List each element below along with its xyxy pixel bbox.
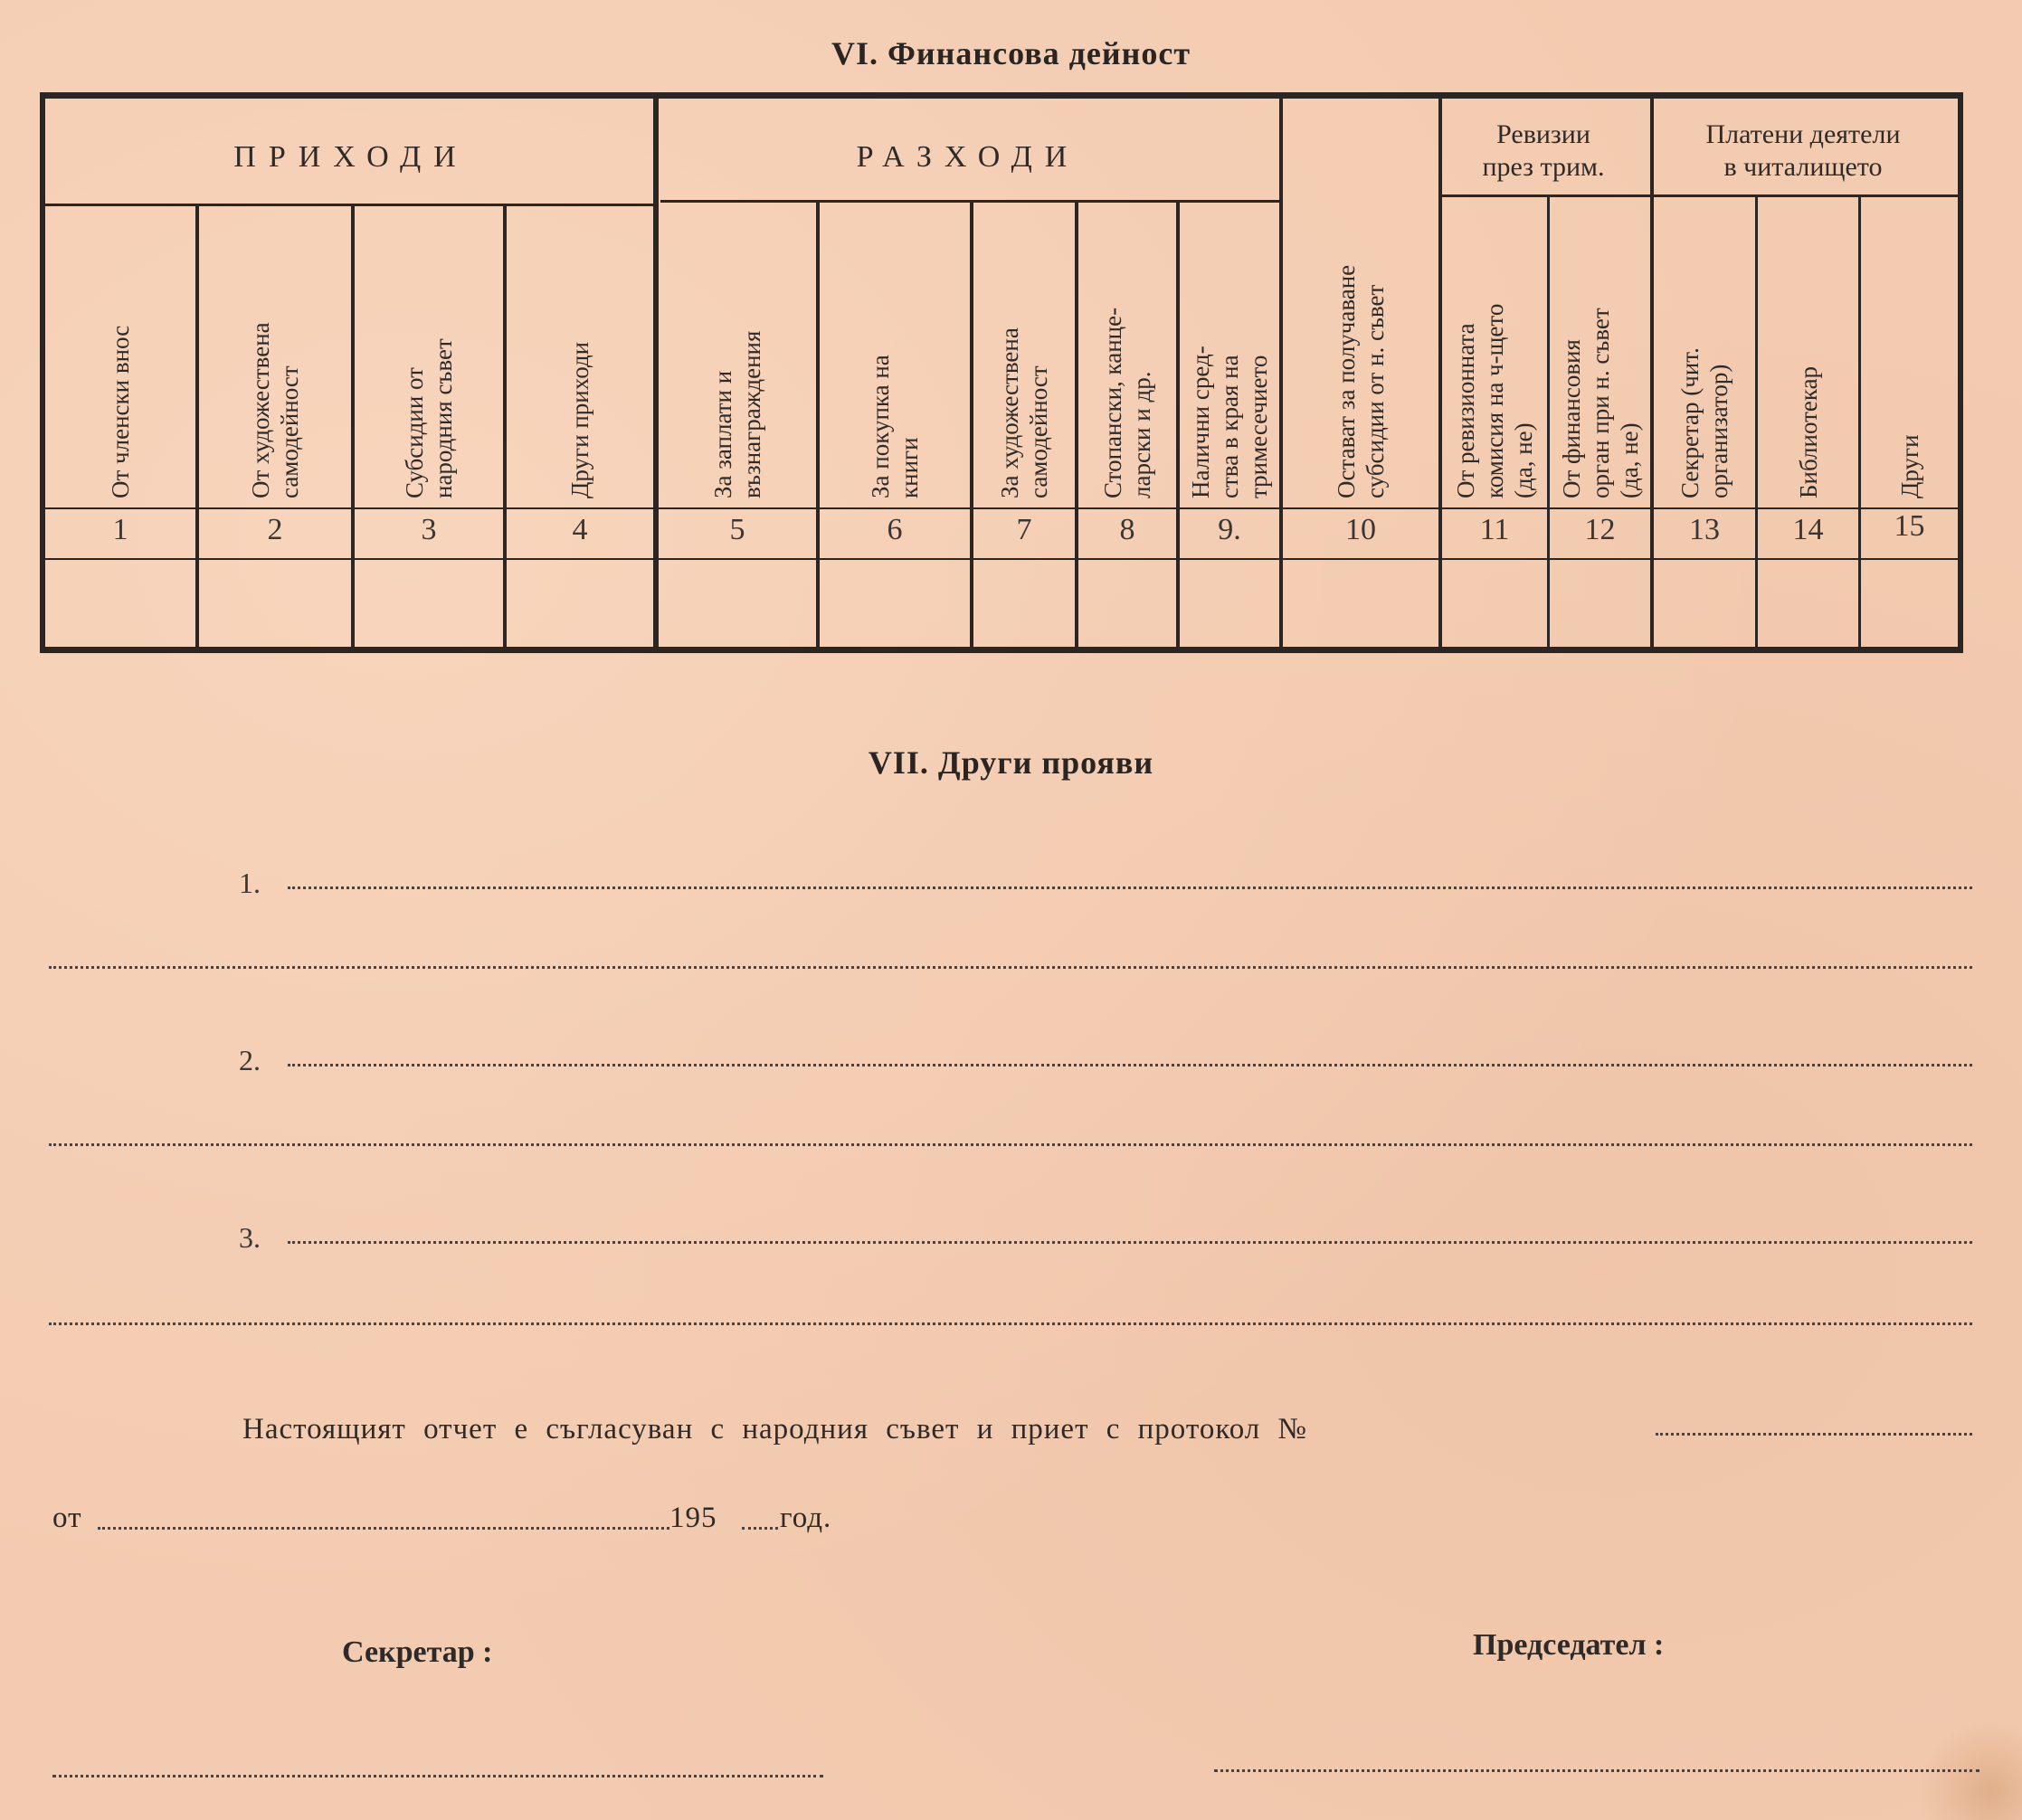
secretary-label: Секретар : — [342, 1635, 493, 1670]
paid-staff-header-line1: Платени деятели — [1648, 118, 1958, 151]
item-2-input-line[interactable] — [288, 1064, 1972, 1066]
col-4-label: Други приходи — [565, 342, 594, 498]
col-13-label: Секретар (чит.организатор) — [1676, 347, 1733, 498]
col-3-council-subsidies: Субсидии отнародния съвет — [355, 207, 503, 506]
col-num-15: 15 — [1861, 509, 1958, 544]
item-1-label: 1. — [239, 867, 261, 900]
date-prefix: от — [52, 1502, 82, 1535]
col-num-2: 2 — [199, 513, 351, 547]
col-5-label: За заплати ивъзнаграждения — [708, 331, 766, 498]
date-field[interactable] — [98, 1527, 669, 1530]
item-1-input-line[interactable] — [288, 886, 1972, 889]
item-3-continuation-line[interactable] — [49, 1322, 1972, 1325]
col-num-9: 9. — [1180, 513, 1279, 547]
col-15-other-staff: Други — [1861, 198, 1958, 506]
col-13-secretary: Секретар (чит.организатор) — [1654, 198, 1755, 506]
paid-staff-header-line2: в читалището — [1648, 151, 1958, 184]
col-8-household-office: Стопански, канце-ларски и др. — [1078, 204, 1176, 506]
col-num-14: 14 — [1758, 513, 1858, 547]
col-10-label: Остават за получаванесубсидии от н. съве… — [1332, 265, 1390, 498]
approval-statement: Настоящият отчет е съгласуван с народния… — [242, 1413, 1307, 1446]
col-10-remaining-subsidies: Остават за получаванесубсидии от н. съве… — [1283, 117, 1438, 506]
col-8-label: Стопански, канце-ларски и др. — [1098, 308, 1156, 498]
revisions-header-line1: Ревизии — [1440, 118, 1647, 151]
income-group-header: ПРИХОДИ — [45, 140, 657, 175]
chairman-signature-line[interactable] — [1214, 1769, 1979, 1772]
col-9-label: Налични сред-ства в края натримесечието — [1186, 346, 1273, 498]
protocol-number-field[interactable] — [1656, 1433, 1972, 1436]
col-5-salaries: За заплати ивъзнаграждения — [659, 204, 816, 506]
secretary-signature-line[interactable] — [52, 1775, 823, 1777]
revisions-header-line2: през трим. — [1440, 151, 1647, 184]
paid-staff-group-header: Платени деятели в читалището — [1648, 118, 1958, 184]
col-11-label: От ревизионнатакомисия на ч-щето(да, не) — [1451, 304, 1538, 498]
col-14-librarian: Библиотекар — [1758, 198, 1858, 506]
col-11-revision-commission: От ревизионнатакомисия на ч-щето(да, не) — [1442, 198, 1547, 506]
item-1-continuation-line[interactable] — [49, 966, 1972, 969]
year-field[interactable] — [742, 1527, 778, 1530]
year-suffix: год. — [780, 1502, 831, 1535]
col-4-other-income: Други приходи — [507, 207, 653, 506]
col-7-label: За художественасамодейност — [995, 327, 1053, 498]
col-1-label: От членски внос — [106, 326, 135, 498]
expenses-group-header: РАЗХОДИ — [660, 140, 1276, 175]
col-14-label: Библиотекар — [1794, 366, 1823, 498]
col-num-13: 13 — [1654, 513, 1755, 547]
col-9-cash-end-quarter: Налични сред-ства в края натримесечието — [1180, 204, 1279, 506]
item-2-label: 2. — [239, 1044, 261, 1077]
financial-activity-table: ПРИХОДИ РАЗХОДИ Ревизии през трим. Плате… — [40, 92, 1963, 653]
col-7-art-activity-expense: За художественасамодейност — [973, 204, 1075, 506]
col-num-7: 7 — [973, 513, 1075, 547]
col-6-label: За покупка накниги — [866, 355, 924, 498]
col-15-label: Други — [1895, 434, 1924, 498]
section-vi-title: VI. Финансова дейност — [0, 34, 2022, 72]
item-3-label: 3. — [239, 1221, 261, 1255]
col-3-label: Субсидии отнародния съвет — [400, 338, 458, 498]
year-prefix: 195 — [669, 1502, 717, 1535]
col-12-financial-organ: От финансовияорган при н. съвет(да, не) — [1550, 198, 1650, 506]
col-12-label: От финансовияорган при н. съвет(да, не) — [1557, 308, 1644, 498]
col-6-books: За покупка накниги — [820, 204, 970, 506]
col-num-1: 1 — [45, 513, 195, 547]
col-1-membership-fees: От членски внос — [45, 207, 195, 506]
col-2-art-activity-income: От художественасамодейност — [199, 207, 351, 506]
item-2-continuation-line[interactable] — [49, 1143, 1972, 1146]
chairman-label: Председател : — [1473, 1628, 1664, 1663]
col-num-10: 10 — [1283, 513, 1438, 547]
item-3-input-line[interactable] — [288, 1241, 1972, 1244]
col-num-3: 3 — [355, 513, 503, 547]
col-num-4: 4 — [507, 513, 653, 547]
col-num-5: 5 — [659, 513, 816, 547]
col-num-8: 8 — [1078, 513, 1176, 547]
col-num-11: 11 — [1442, 513, 1547, 547]
col-num-6: 6 — [820, 513, 970, 547]
section-vii-title: VII. Други прояви — [0, 744, 2022, 782]
col-2-label: От художественасамодейност — [246, 322, 304, 498]
col-num-12: 12 — [1550, 513, 1650, 547]
revisions-group-header: Ревизии през трим. — [1440, 118, 1647, 184]
